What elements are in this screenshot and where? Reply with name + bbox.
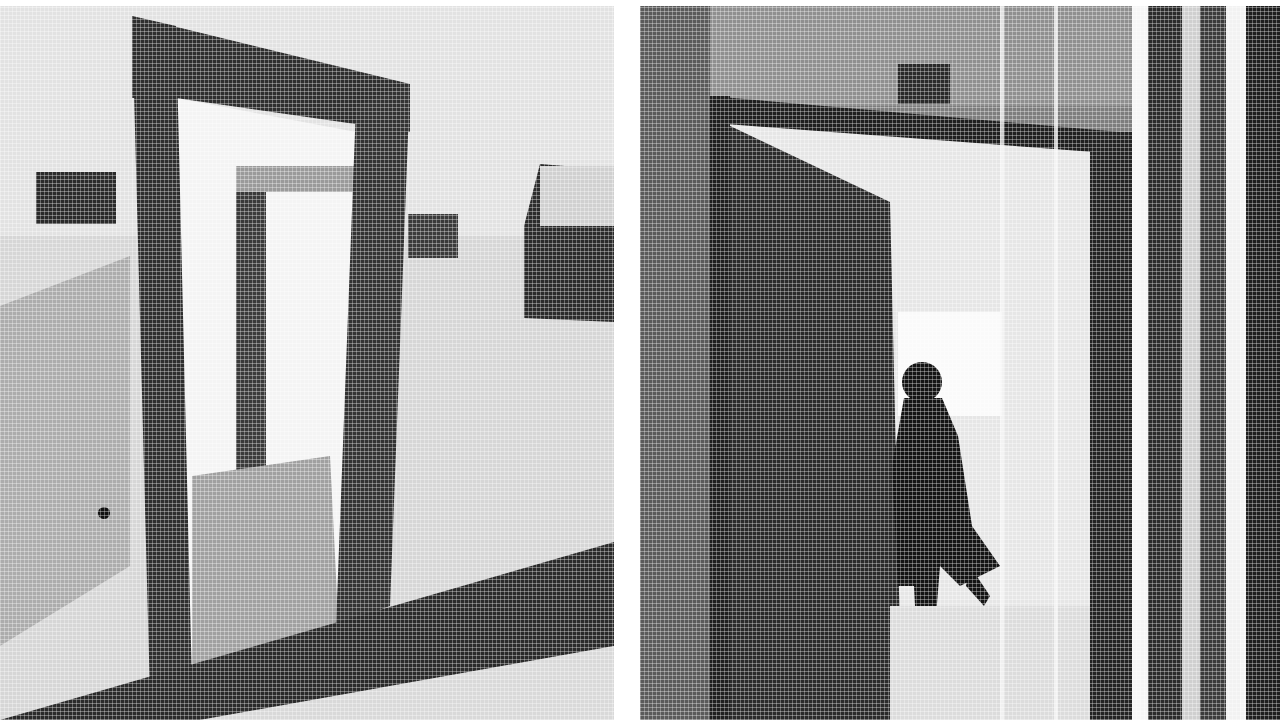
column-dark-1 <box>1148 6 1182 720</box>
panel-gutter <box>614 0 640 720</box>
open-door-panel <box>720 124 902 720</box>
photo-panel-left <box>0 6 614 720</box>
doorway-scene-left <box>0 6 614 720</box>
wall-sign-left <box>36 172 116 224</box>
wall-sign-mid <box>408 214 458 258</box>
doorway-scene-right <box>640 6 1280 720</box>
door-frame-right-post <box>1090 132 1132 720</box>
photo-panel-right <box>640 6 1280 720</box>
column-dark-2 <box>1246 6 1280 720</box>
